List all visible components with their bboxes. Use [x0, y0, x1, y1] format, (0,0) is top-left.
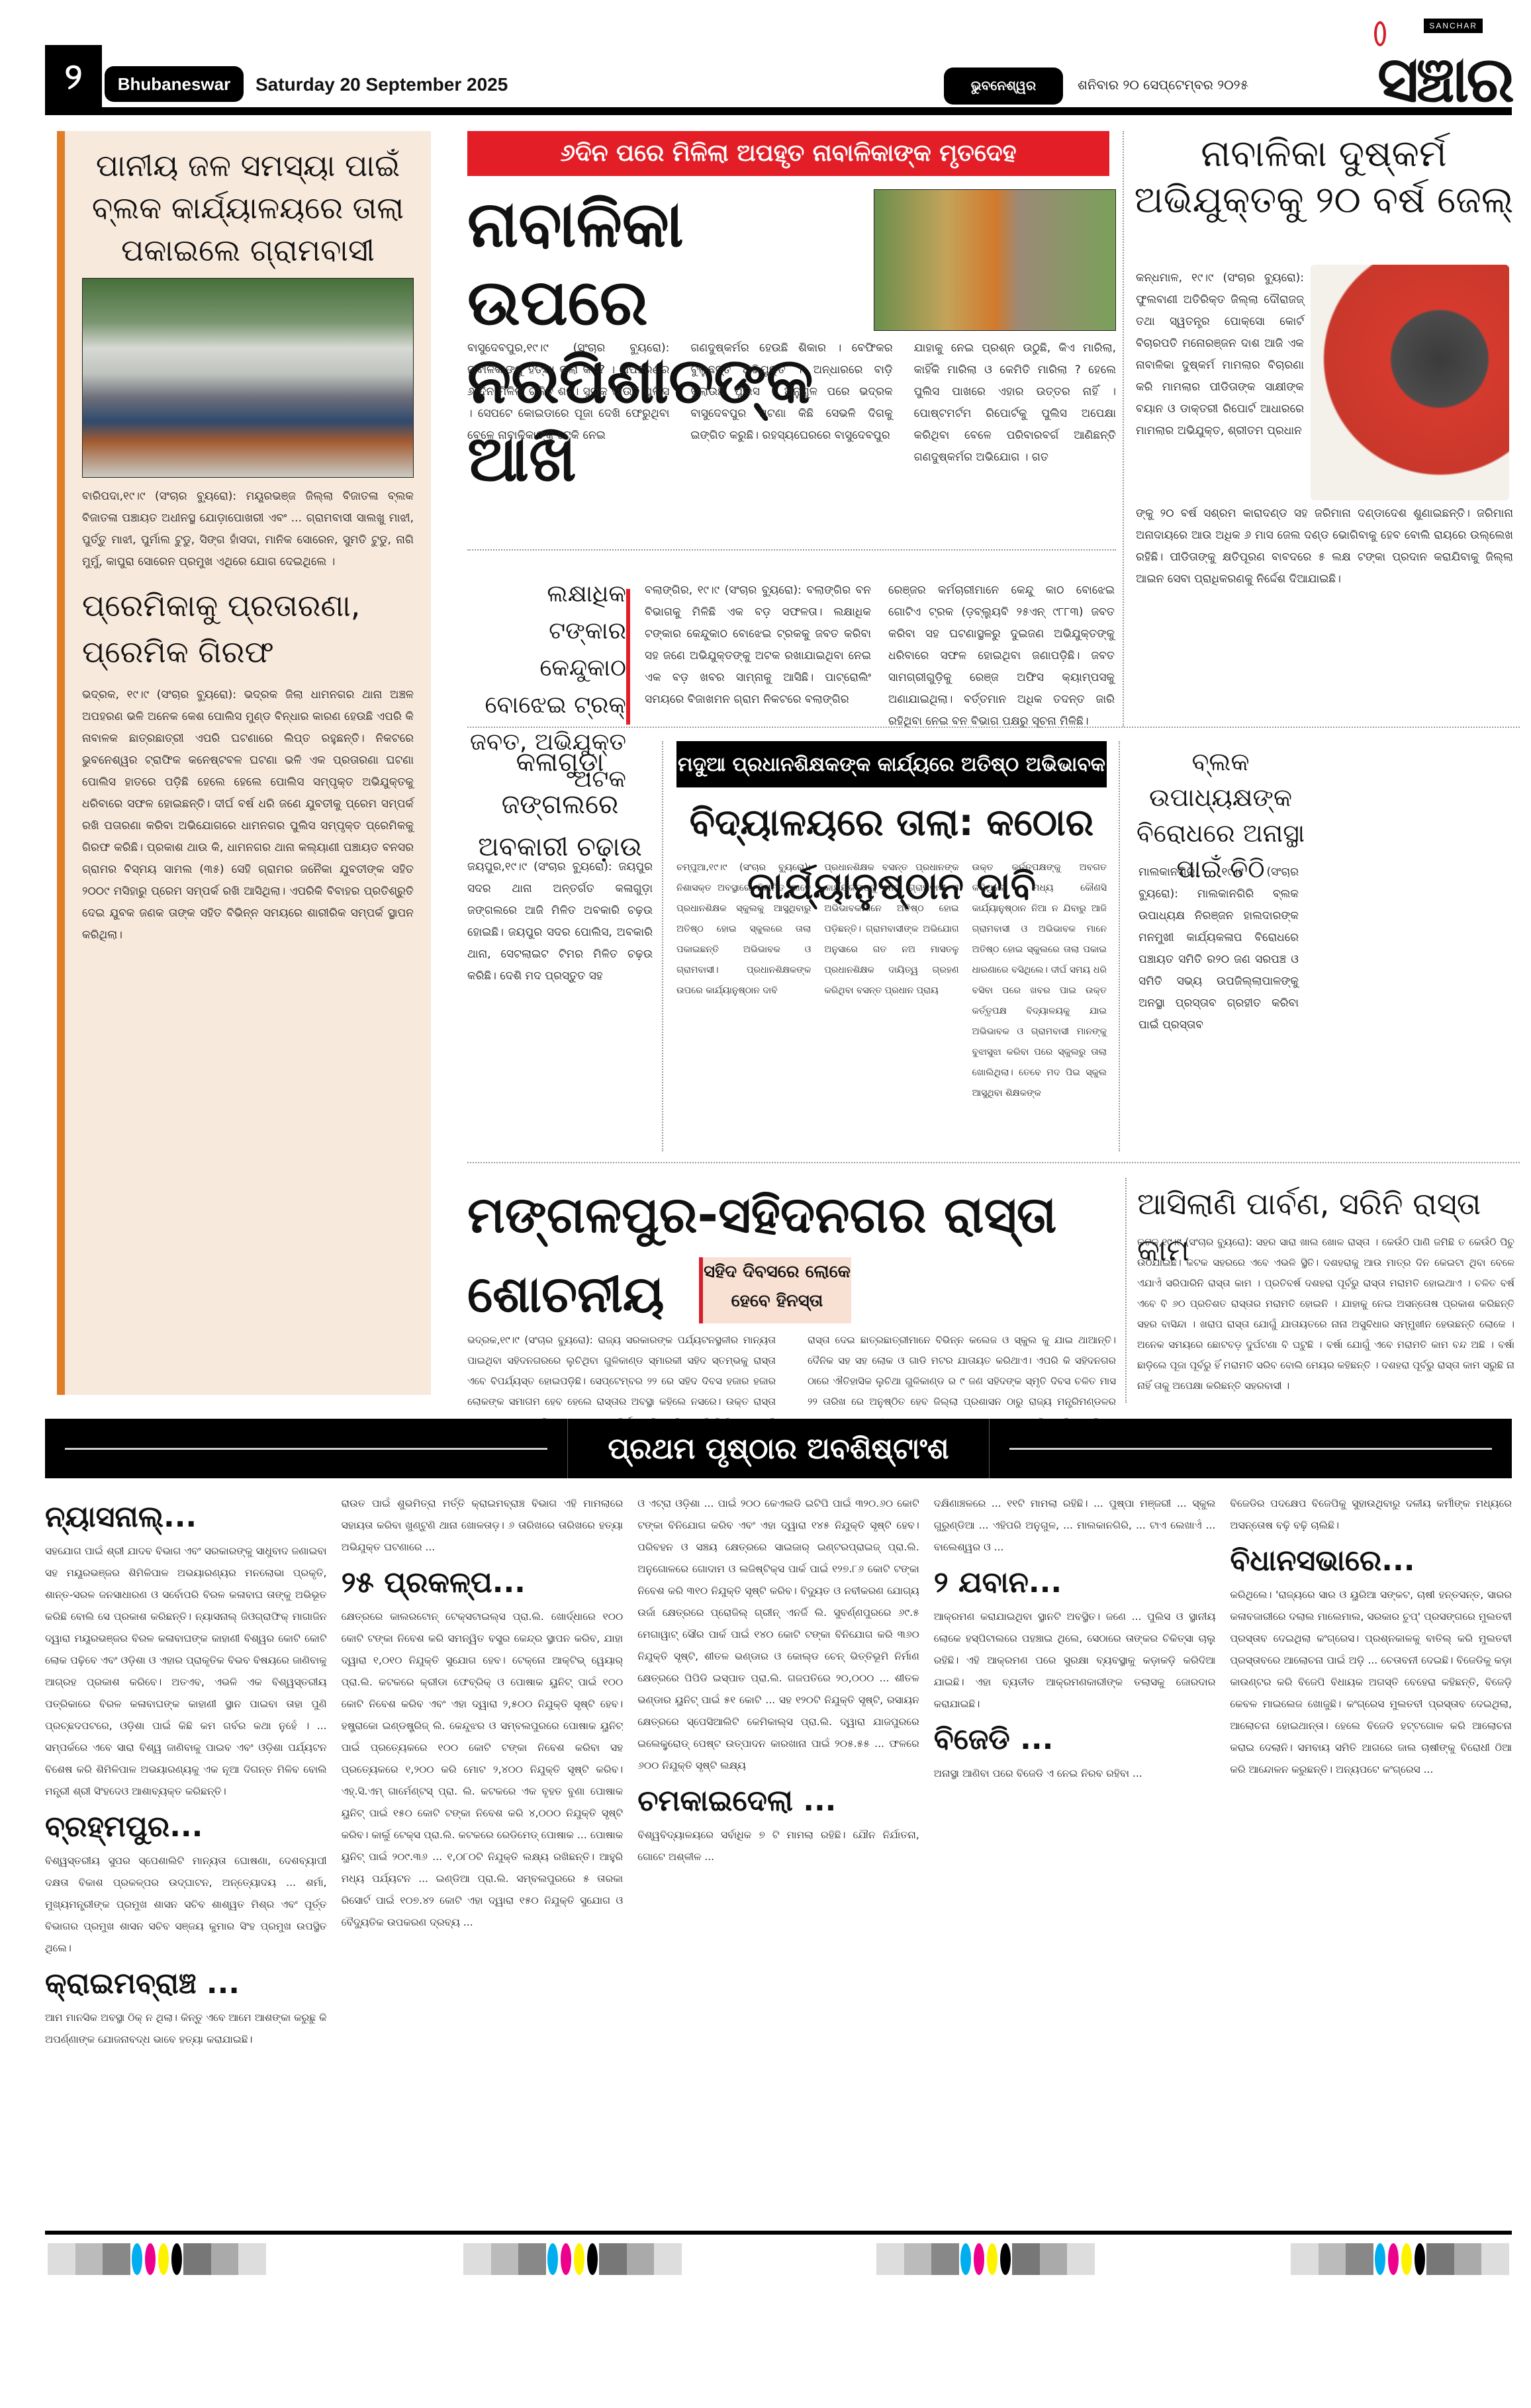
- cont-heading: ଚମକାଇଦେଲା ...: [637, 1781, 919, 1822]
- minor-col-2: ଗଣଦୁଷ୍କର୍ମର ହେଉଛି ଶିକାର । ବେଫିକର ବୁଲୁଛନ୍…: [690, 337, 892, 468]
- section-rule: [467, 549, 1116, 551]
- verdict-body: କନ୍ଧମାଳ, ୧୯।୯ (ସଂଚାର ବ୍ୟୁରୋ): ଫୁଲବାଣୀ ଅତ…: [1136, 267, 1304, 442]
- lover-body: ଭଦ୍ରକ, ୧୯।୯ (ସଂଚାର ବ୍ୟୁରୋ): ଭଦ୍ରକ ଜିଲା ଧ…: [82, 684, 414, 946]
- minor-kicker-band: ୬ଦିନ ପରେ ମିଳିଲା ଅପହୃତ ନାବାଳିକାଙ୍କ ମୃତଦେହ: [467, 131, 1109, 176]
- cont-text: ରାଉତ ପାଇଁ ଶୁଭମିତ୍ରା ମର୍ତ୍ତି କ୍ରାଇମବ୍ରାଞ୍…: [342, 1493, 624, 1558]
- page-number: ୨: [45, 45, 102, 109]
- banner-rule-left: [65, 1448, 547, 1450]
- cont-text: ଅନାସ୍ଥା ଆଣିବା ପରେ ବିଜେଡି ଏ ନେଇ ନିରବ ରହିବ…: [934, 1763, 1216, 1785]
- kendu-col-2: ରେଞ୍ଜର କର୍ମଚାରୀମାନେ କେନ୍ଦୁ କାଠ ବୋଝେଇ ଗୋଟ…: [888, 580, 1115, 733]
- cont-heading: ବିଧାନସଭାରେ...: [1230, 1540, 1512, 1582]
- print-color-bar: [876, 2243, 1095, 2275]
- date-od: ଶନିବାର ୨୦ ସେପ୍ଟେମ୍ବର ୨୦୨୫: [1078, 77, 1248, 93]
- cont-text: ବିଶ୍ୱବିଦ୍ୟାଳୟରେ ସର୍ବାଧିକ ୭ ଟି ମାମଲା ରହିଛ…: [637, 1824, 919, 1868]
- villagers-photo: [82, 278, 414, 478]
- section-rule: [467, 727, 1520, 728]
- school-col-1: ଚମ୍ପୁଆ,୧୯।୯ (ସଂଚାର ବ୍ୟୁରୋ): ନିଶାସକ୍ତ ଅବସ…: [676, 858, 811, 1104]
- cont-text: ଓ ଏଟ୍ରା ଓଡ଼ିଶା ... ପାଇଁ ୨୦୦ କେଏଲଡି ଇଟିପି…: [637, 1493, 919, 1777]
- festival-body-wrap: କଟକ,୧୯।୯ (ସଂଚାର ବ୍ୟୁରୋ): ସହର ସାରା ଖାଲ ଖୋ…: [1137, 1232, 1514, 1396]
- road-pullquote: ସହିଦ ଦିବସରେ ଲୋକେ ହେବେ ହିନସ୍ତା: [699, 1257, 851, 1323]
- water-body: ବାରିପଦା,୧୯।୯ (ସଂଚାର ବ୍ୟୁରୋ): ମୟୂରଭଞ୍ଜ ଜି…: [82, 486, 414, 573]
- column-divider: [1125, 1178, 1127, 1403]
- cont-text: କରିଥିଲେ। 'ରାଜ୍ୟରେ ସାର ଓ ୟୁରିଆ ସଙ୍କଟ, ଚାଷ…: [1230, 1584, 1512, 1781]
- cont-column-5: ବିଜେଡିର ପଦକ୍ଷେପ ବିଜେପିକୁ ସୁହାଉଥିବାରୁ ଦଳୀ…: [1230, 1493, 1512, 2215]
- cont-text: ବିଜେଡିର ପଦକ୍ଷେପ ବିଜେପିକୁ ସୁହାଉଥିବାରୁ ଦଳୀ…: [1230, 1493, 1512, 1537]
- print-color-bar: [48, 2243, 266, 2275]
- column-divider: [1119, 741, 1120, 1151]
- cont-text: ଆକ୍ରମଣ କରାଯାଇଥିବା ସ୍ଥାନଟି ଅବସ୍ଥିତ। ଜଣେ .…: [934, 1606, 1216, 1715]
- cont-heading: ୨ ଯବାନ...: [934, 1562, 1216, 1603]
- print-color-bar: [1291, 2243, 1509, 2275]
- verdict-body-cont: ଙ୍କୁ ୨୦ ବର୍ଷ ସଶ୍ରମ କାରାଦଣ୍ଡ ସହ ଜରିମାନା ଦ…: [1136, 503, 1513, 590]
- date-en: Saturday 20 September 2025: [255, 74, 508, 95]
- cont-column-3: ଓ ଏଟ୍ରା ଓଡ଼ିଶା ... ପାଇଁ ୨୦୦ କେଏଲଡି ଇଟିପି…: [637, 1493, 919, 2215]
- minor-col-1: ବାସୁଦେବପୁର,୧୯।୯ (ସଂଚାର ବ୍ୟୁରୋ): ନାବାଳିକା…: [467, 337, 669, 468]
- header-rule: [45, 107, 1512, 115]
- minor-body-columns: ବାସୁଦେବପୁର,୧୯।୯ (ସଂଚାର ବ୍ୟୁରୋ): ନାବାଳିକା…: [467, 337, 1116, 468]
- cont-column-4: ଦକ୍ଷିଣାଞ୍ଚଳରେ ... ୧୧ଟି ମାମଲା ରହିଛି। ... …: [934, 1493, 1216, 2215]
- footer-rule: [45, 2231, 1512, 2235]
- cont-text: କ୍ଷେତ୍ରରେ କାଲରଟୋନ୍ ଟେକ୍ସଟାଇଲ୍ସ ପ୍ରା.ଲି. …: [342, 1606, 624, 1934]
- continuation-banner: ପ୍ରଥମ ପୃଷ୍ଠାର ଅବଶିଷ୍ଟାଂଶ: [45, 1419, 1512, 1478]
- school-col-3: ଉକ୍ତ କର୍ତ୍ତୃପକ୍ଷଙ୍କୁ ଅବଗତ କରିଥିଲେ ମଧ୍ୟ କ…: [972, 858, 1107, 1104]
- minor-col-3: ଯାହାକୁ ନେଇ ପ୍ରଶ୍ନ ଉଠୁଛି, କିଏ ମାରିଲା, କାହ…: [914, 337, 1116, 468]
- cont-column-2: ରାଉତ ପାଇଁ ଶୁଭମିତ୍ରା ମର୍ତ୍ତି କ୍ରାଇମବ୍ରାଞ୍…: [342, 1493, 624, 2215]
- edition-location-od: ଭୁବନେଶ୍ୱର: [944, 67, 1063, 105]
- sanchar-logo: SANCHAR ସଞ୍ଚାର: [1330, 19, 1512, 111]
- section-rule: [467, 1162, 1520, 1163]
- school-kicker-band: ମଦୁଆ ପ୍ରଧାନଶିକ୍ଷକଙ୍କ କାର୍ଯ୍ୟରେ ଅତିଷ୍ଠ ଅଭ…: [676, 741, 1107, 787]
- kendu-accent-bar: [626, 589, 630, 725]
- cont-text: ବିଶ୍ୱସ୍ତରୀୟ ସୁପର ସ୍ପେଶାଲିଟି ମାନ୍ୟତା ଘୋଷଣ…: [45, 1850, 327, 1959]
- cont-heading: ନ୍ୟାସନାଲ୍...: [45, 1497, 327, 1538]
- school-body: ଚମ୍ପୁଆ,୧୯।୯ (ସଂଚାର ବ୍ୟୁରୋ): ନିଶାସକ୍ତ ଅବସ…: [676, 858, 1107, 1104]
- excise-headline: କଳାଗୁଡ଼ା ଜଙ୍ଗଲରେ ଅବକାରୀ ଚଢ଼ାଉ: [467, 741, 653, 868]
- column-divider: [662, 741, 663, 1151]
- lover-headline: ପ୍ରେମିକାକୁ ପ୍ରତାରଣା, ପ୍ରେମିକ ଗିରଫ: [82, 582, 414, 675]
- kendu-col-1: ବଲାଙ୍ଗିର, ୧୯।୯ (ସଂଚାର ବ୍ୟୁରୋ): ବଲାଙ୍ଗିର …: [645, 580, 871, 733]
- print-color-bar: [463, 2243, 682, 2275]
- girl-hand-illustration: [1311, 265, 1509, 500]
- continuation-title: ପ୍ରଥମ ପୃଷ୍ଠାର ଅବଶିଷ୍ଟାଂଶ: [567, 1419, 989, 1478]
- kendu-body: ବଲାଙ୍ଗିର, ୧୯।୯ (ସଂଚାର ବ୍ୟୁରୋ): ବଲାଙ୍ଗିର …: [645, 580, 1115, 733]
- cont-heading: ୨୫ ପ୍ରକଳ୍ପ...: [342, 1562, 624, 1603]
- logo-wordmark: ସଞ୍ଚାର: [1377, 48, 1512, 111]
- column-divider: [1123, 131, 1124, 727]
- crime-scene-photo: [874, 189, 1116, 331]
- cont-text: ଦକ୍ଷିଣାଞ୍ଚଳରେ ... ୧୧ଟି ମାମଲା ରହିଛି। ... …: [934, 1493, 1216, 1558]
- block-body: ମାଲକାନଗିରି, ୧୯।୯ (ସଂଚାର ବ୍ୟୁରୋ): ମାଲକାନଗ…: [1138, 862, 1299, 1036]
- festival-body: କଟକ,୧୯।୯ (ସଂଚାର ବ୍ୟୁରୋ): ସହର ସାରା ଖାଲ ଖୋ…: [1137, 1232, 1514, 1396]
- cont-heading: ବ୍ରହ୍ମପୁର...: [45, 1806, 327, 1848]
- cont-heading: ବିଜେଡି ...: [934, 1719, 1216, 1760]
- left-feature-box: ପାନୀୟ ଜଳ ସମସ୍ୟା ପାଇଁ ବ୍ଲକ କାର୍ଯ୍ୟାଳୟରେ ତ…: [57, 131, 431, 1395]
- verdict-headline: ନାବାଳିକା ଦୁଷ୍କର୍ମ ଅଭିଯୁକ୍ତକୁ ୨୦ ବର୍ଷ ଜେଲ…: [1132, 131, 1516, 224]
- masthead: ୨ Bhubaneswar Saturday 20 September 2025…: [45, 45, 1512, 111]
- edition-location-en: Bhubaneswar: [105, 66, 244, 102]
- water-headline: ପାନୀୟ ଜଳ ସମସ୍ୟା ପାଇଁ ବ୍ଲକ କାର୍ଯ୍ୟାଳୟରେ ତ…: [82, 144, 414, 271]
- excise-body: ଜୟପୁର,୧୯।୯ (ସଂଚାର ବ୍ୟୁରୋ): ଜୟପୁର ସଦର ଥାନ…: [467, 856, 653, 987]
- cont-text: ସହଯୋଗ ପାଇଁ ଶ୍ରୀ ଯାଦବ ବିଭାଗ ଏବଂ ସରକାରଙ୍କୁ…: [45, 1540, 327, 1803]
- cont-text: ଆମ ମାନସିକ ଅବସ୍ଥା ଠିକ୍ ନ ଥିଲା। କିନ୍ତୁ ଏବେ…: [45, 2007, 327, 2051]
- cont-column-1: ନ୍ୟାସନାଲ୍... ସହଯୋଗ ପାଇଁ ଶ୍ରୀ ଯାଦବ ବିଭାଗ …: [45, 1493, 327, 2215]
- logo-tag: SANCHAR: [1424, 19, 1483, 33]
- continuation-columns: ନ୍ୟାସନାଲ୍... ସହଯୋଗ ପାଇଁ ଶ୍ରୀ ଯାଦବ ବିଭାଗ …: [45, 1493, 1512, 2215]
- cont-heading: କ୍ରାଇମବ୍ରାଞ୍ଚ ...: [45, 1963, 327, 2004]
- banner-rule-right: [1009, 1448, 1492, 1450]
- school-col-2: ପ୍ରଧାନଶିକ୍ଷକ ବସନ୍ତ ପ୍ରଧାନଙ୍କ କାର୍ଯ୍ୟକଳାପ…: [824, 858, 958, 1104]
